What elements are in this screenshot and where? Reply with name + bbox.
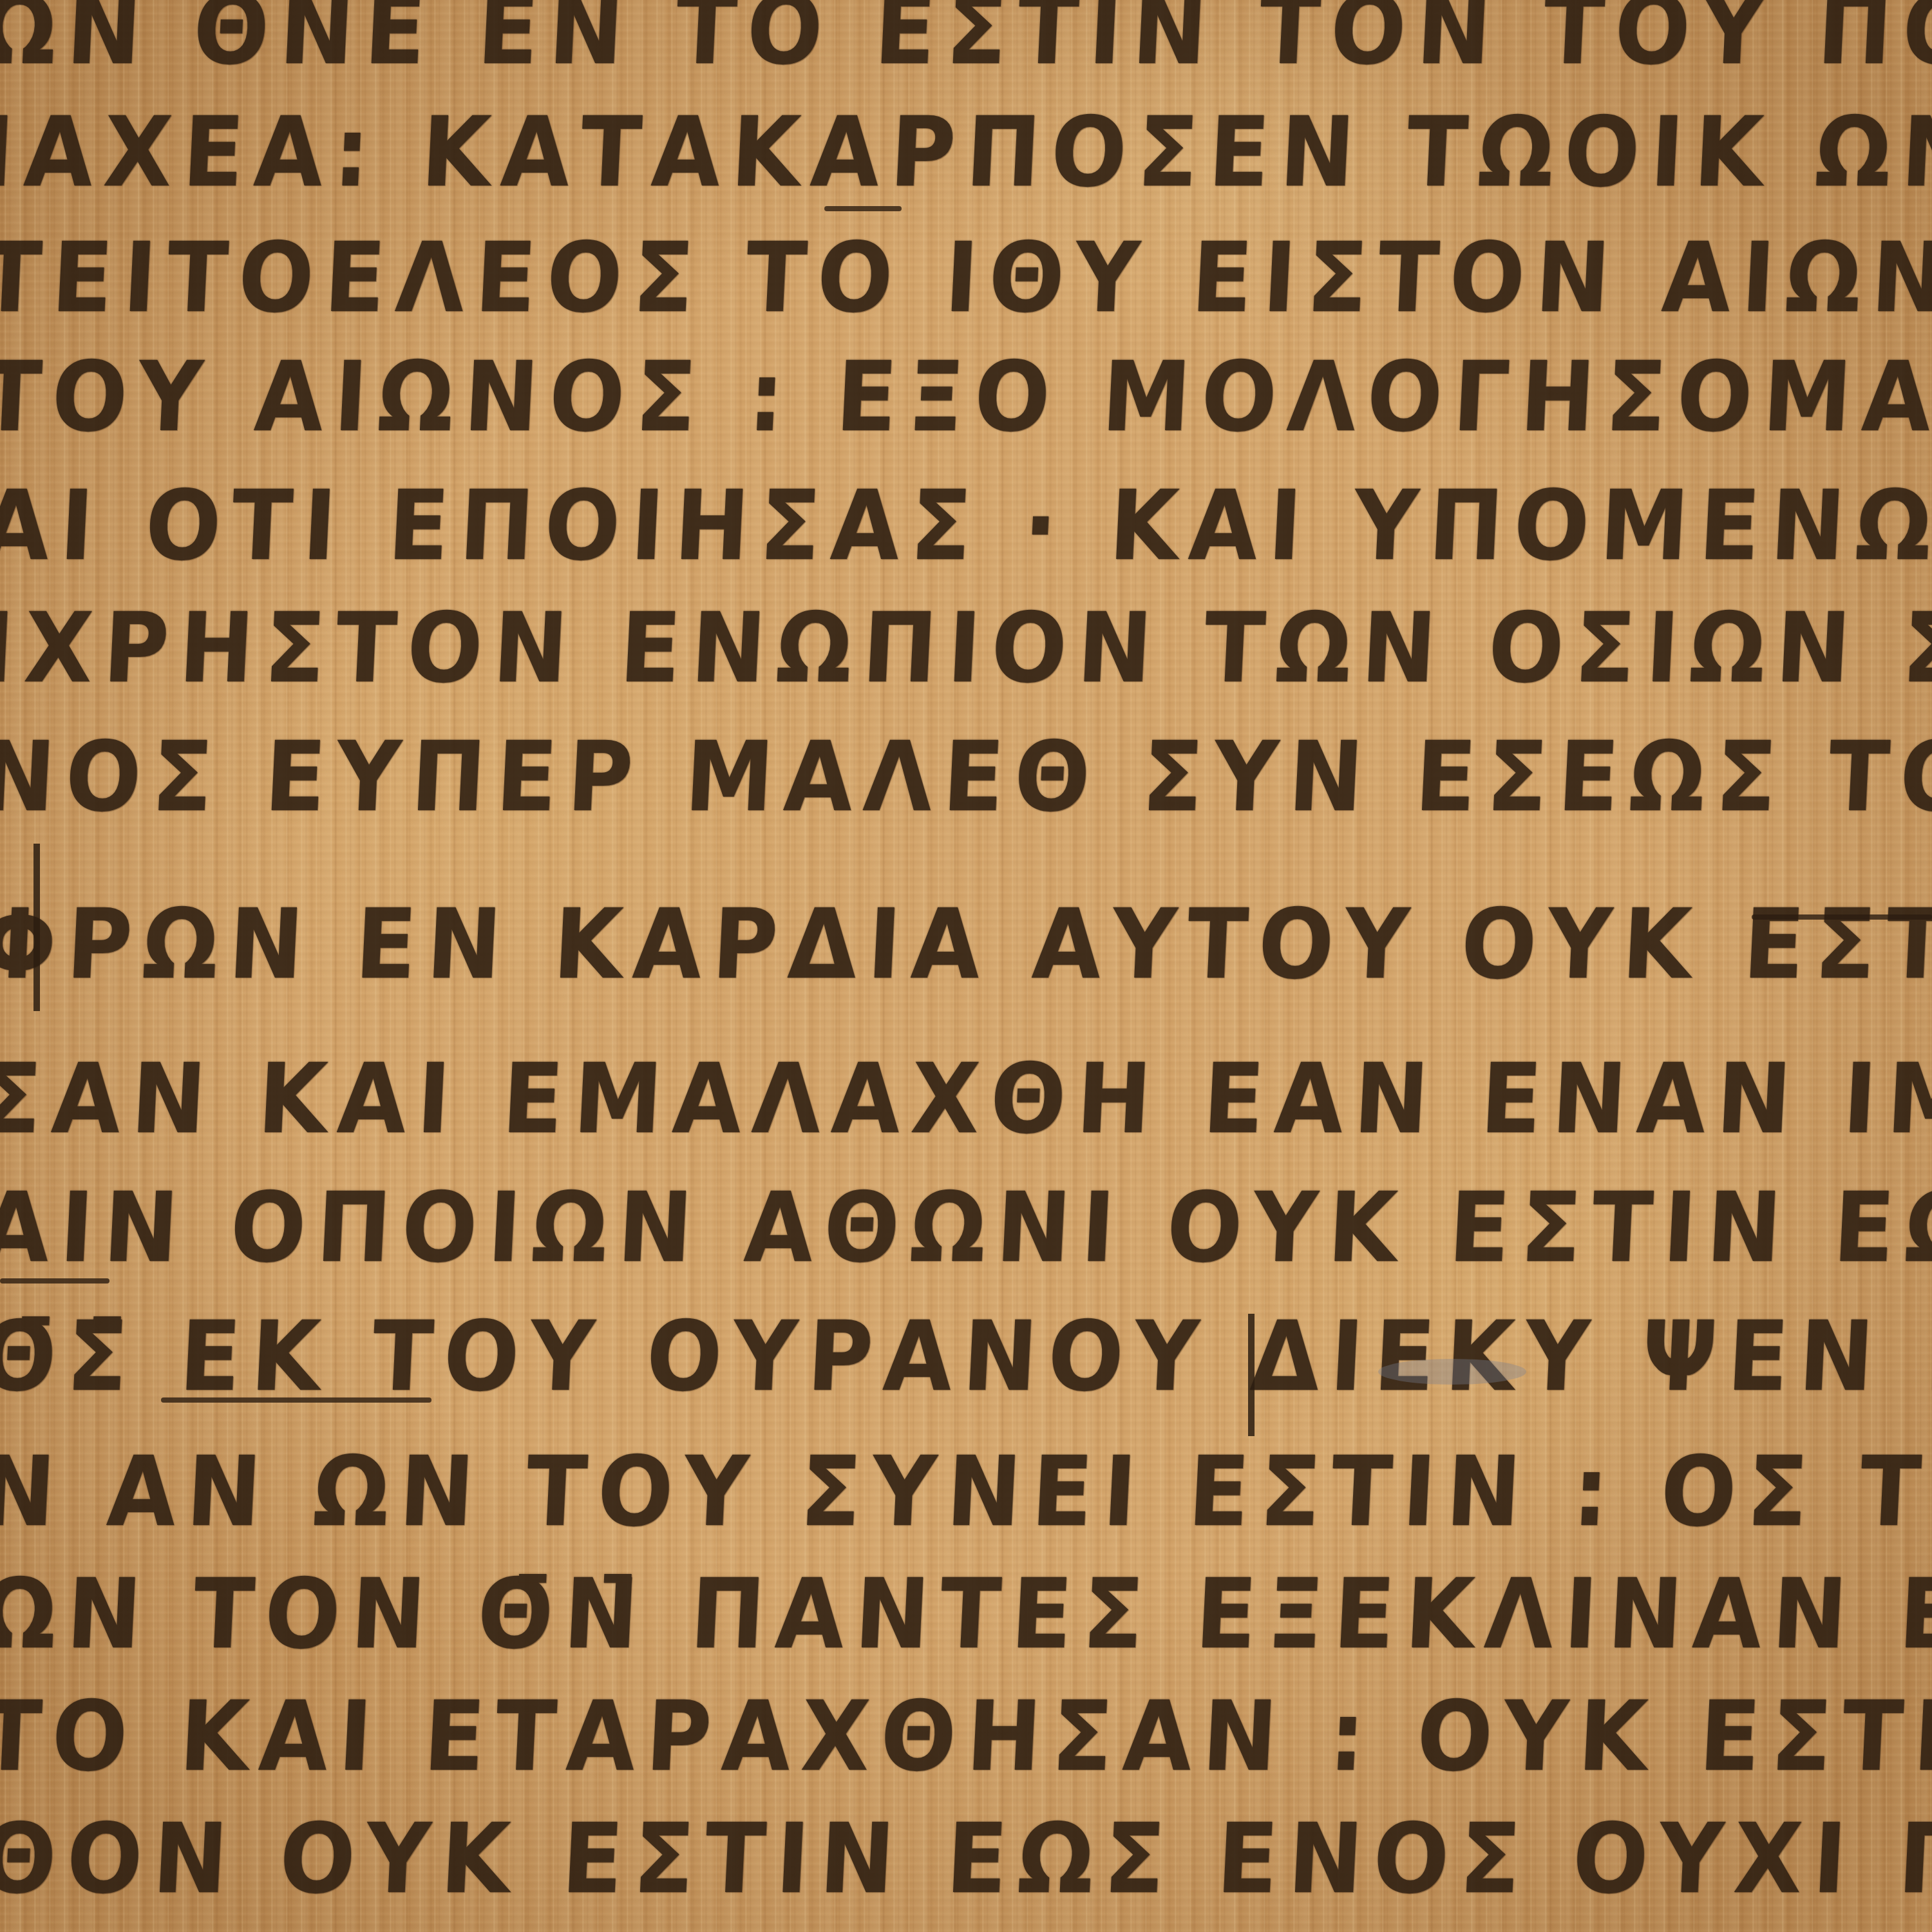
manuscript-line-2: ΙΑΧΕΑ: ΚΑΤΑΚΑΡΠΟΣΕΝ ΤΩΟΙΚ ΩΝ ΤΗΥ Θ̄Ῡ [0, 97, 1932, 209]
nomen-sacrum-overline [161, 1397, 431, 1403]
manuscript-line-7: ΝΟΣ ΕΥΠΕΡ ΜΑΛΕΘ ΣΥΝ ΕΣΕΩΣ ΤΟΣ ΔΛΗ [0, 721, 1932, 833]
manuscript-line-12: Ν ΑΝ ΩΝ ΤΟΥ ΣΥΝΕΙ ΕΣΤΙΝ : ΟΣ ΤΙΝΙ [0, 1436, 1932, 1548]
cross-stroke-mark [33, 844, 40, 1011]
manuscript-line-3: ΤΕΙΤΟΕΛΕΟΣ ΤΟ ΙΘΥ ΕΙΣΤΟΝ ΑΙΩΝΑ ΚΑΙΕΙ [0, 222, 1932, 334]
manuscript-line-4: ΤΟΥ ΑΙΩΝΟΣ : ΕΞΟ ΜΟΛΟΓΗΣΟΜΑΙ ΣΟΙΣ [0, 341, 1932, 453]
papyrus-sheet: ΩΝ ΘΝΕ ΕΝ ΤΟ ΕΣΤΙΝ ΤΟΝ ΤΟΥ ΠΟΥ ΤΟΥ·Ε ΙΑΧ… [0, 0, 1932, 1932]
nomen-sacrum-overline [0, 1278, 109, 1283]
nomen-sacrum-overline [1752, 914, 1932, 920]
manuscript-line-10: ΑΙΝ ΟΠΟΙΩΝ ΑΘΩΝΙ ΟΥΚ ΕΣΤΙΝ ΕΩ [0, 1172, 1932, 1284]
cross-stroke-mark [1248, 1314, 1255, 1436]
manuscript-line-5: ΑΙ ΟΤΙ ΕΠΟΙΗΣΑΣ · ΚΑΙ ΥΠΟΜΕΝΩ ΤΟ Ο [0, 470, 1932, 582]
manuscript-line-6: ΙΧΡΗΣΤΟΝ ΕΝΩΠΙΟΝ ΤΩΝ ΟΣΙΩΝ ΣΟΥ [0, 592, 1932, 705]
manuscript-line-14: ΤΟ ΚΑΙ ΕΤΑΡΑΧΘΗΣΑΝ : ΟΥΚ ΕΣΤΙ ΝΟΤΟΥ [0, 1681, 1932, 1793]
manuscript-line-1: ΩΝ ΘΝΕ ΕΝ ΤΟ ΕΣΤΙΝ ΤΟΝ ΤΟΥ ΠΟΥ ΤΟΥ·Ε [0, 0, 1932, 86]
manuscript-line-13: ΩΝ ΤΟΝ Θ̄Ν̄ ΠΑΝΤΕΣ ΕΞΕΚΛΙΝΑΝ Ε [0, 1558, 1932, 1671]
manuscript-line-9: ΣΑΝ ΚΑΙ ΕΜΑΛΑΧΘΗ ΕΑΝ ΕΝΑΝ ΙΜ [0, 1043, 1932, 1155]
manuscript-line-8: ΦΡΩΝ ΕΝ ΚΑΡΔΙΑ ΑΥΤΟΥ ΟΥΚ ΕΣΤΙ Θ̄Σ̄ [0, 889, 1932, 1001]
ink-smudge [1378, 1359, 1526, 1385]
manuscript-line-11: Θ̄Σ̄ ΕΚ ΤΟΥ ΟΥΡΑΝΟΥ ΔΙΕΚΥ ΨΕΝ ΕΣΤΙ ΤΟΥ [0, 1301, 1932, 1413]
nomen-sacrum-overline [824, 206, 902, 211]
manuscript-line-15: ΘΟΝ ΟΥΚ ΕΣΤΙΝ ΕΩΣ ΕΝΟΣ ΟΥΧΙ ΓΝΩΣΟΝ [0, 1803, 1932, 1915]
